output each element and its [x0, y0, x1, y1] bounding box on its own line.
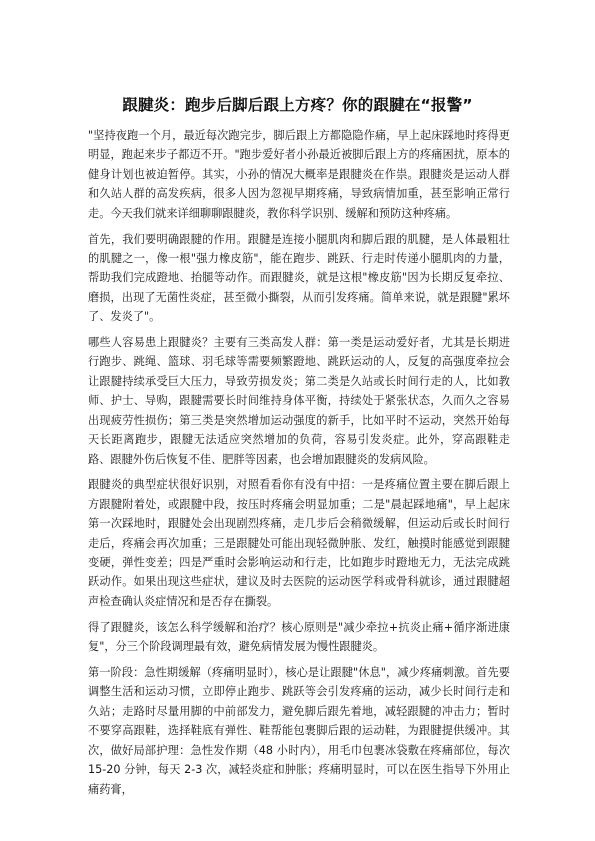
paragraph-stage-one: 第一阶段：急性期缓解（疼痛明显时），核心是让跟腱"休息"，减少疼痛刺激。首先要调…: [88, 663, 510, 799]
paragraph-tendon-function: 首先，我们要明确跟腱的作用。跟腱是连接小腿肌肉和脚后跟的肌腱，是人体最粗壮的肌腱…: [88, 230, 510, 327]
article-body: "坚持夜跑一个月，最近每次跑完步，脚后跟上方都隐隐作痛，早上起床踩地时疼得更明显…: [88, 126, 510, 805]
document-page: 跟腱炎：跑步后脚后跟上方疼？你的跟腱在“报警” "坚持夜跑一个月，最近每次跑完步…: [0, 0, 595, 841]
paragraph-intro: "坚持夜跑一个月，最近每次跑完步，脚后跟上方都隐隐作痛，早上起床踩地时疼得更明显…: [88, 126, 510, 223]
article-title: 跟腱炎：跑步后脚后跟上方疼？你的跟腱在“报警”: [0, 93, 595, 115]
paragraph-risk-groups: 哪些人容易患上跟腱炎？主要有三类高发人群：第一类是运动爱好者，尤其是长期进行跑步…: [88, 333, 510, 469]
paragraph-treatment-principle: 得了跟腱炎，该怎么科学缓解和治疗？核心原则是"减少牵拉+抗炎止痛+循序渐进康复"…: [88, 618, 510, 657]
paragraph-symptoms: 跟腱炎的典型症状很好识别，对照看看你有没有中招：一是疼痛位置主要在脚后跟上方跟腱…: [88, 475, 510, 611]
